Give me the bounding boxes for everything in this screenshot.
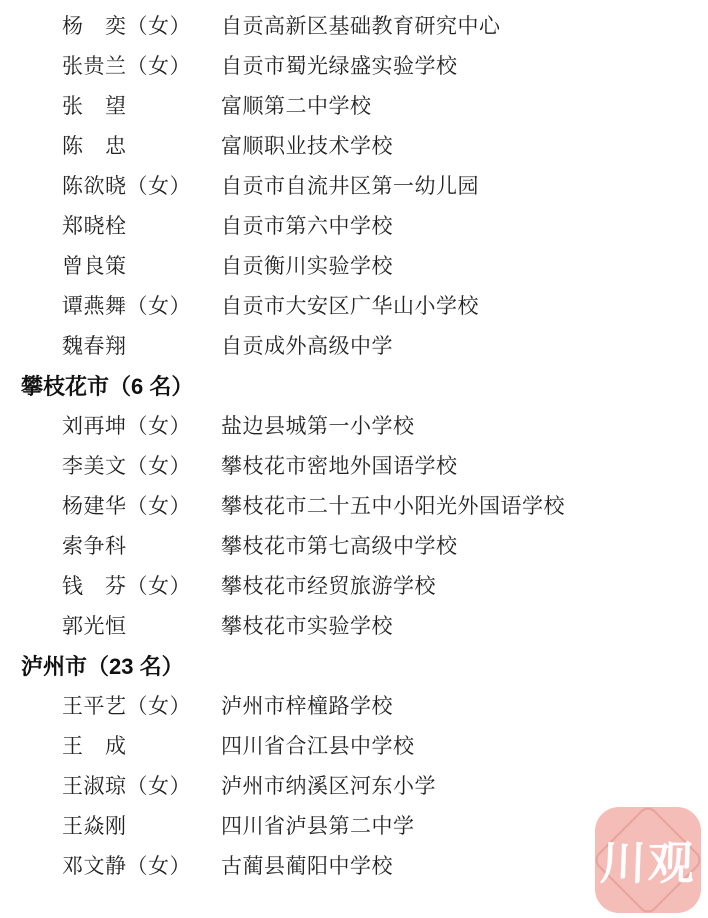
school-name: 自贡市蜀光绿盛实验学校: [221, 50, 708, 80]
person-name: 李美文（女）: [62, 450, 221, 480]
person-name: 邓文静（女）: [62, 850, 221, 880]
list-item: 张 望富顺第二中学校: [0, 85, 708, 125]
list-item: 李美文（女）攀枝花市密地外国语学校: [0, 445, 708, 485]
school-name: 攀枝花市二十五中小阳光外国语学校: [221, 490, 708, 520]
list-item: 魏春翔自贡成外高级中学: [0, 325, 708, 365]
school-name: 自贡高新区基础教育研究中心: [221, 10, 708, 40]
person-name: 魏春翔: [62, 330, 221, 360]
person-name: 郑晓栓: [62, 210, 221, 240]
school-name: 攀枝花市第七高级中学校: [221, 530, 708, 560]
document-page: 杨 奕（女）自贡高新区基础教育研究中心张贵兰（女）自贡市蜀光绿盛实验学校张 望富…: [0, 0, 708, 918]
school-name: 泸州市梓橦路学校: [221, 690, 708, 720]
list-item: 郑晓栓自贡市第六中学校: [0, 205, 708, 245]
list-item: 陈 忠富顺职业技术学校: [0, 125, 708, 165]
person-name: 刘再坤（女）: [62, 410, 221, 440]
school-name: 自贡成外高级中学: [221, 330, 708, 360]
school-name: 攀枝花市实验学校: [221, 610, 708, 640]
school-name: 富顺第二中学校: [221, 90, 708, 120]
school-name: 自贡市大安区广华山小学校: [221, 290, 708, 320]
person-name: 杨建华（女）: [62, 490, 221, 520]
list-item: 郭光恒攀枝花市实验学校: [0, 605, 708, 645]
person-name: 陈欲晓（女）: [62, 170, 221, 200]
person-name: 张 望: [62, 90, 221, 120]
person-name: 王 成: [62, 730, 221, 760]
list-item: 刘再坤（女）盐边县城第一小学校: [0, 405, 708, 445]
school-name: 攀枝花市经贸旅游学校: [221, 570, 708, 600]
person-name: 张贵兰（女）: [62, 50, 221, 80]
list-item: 杨 奕（女）自贡高新区基础教育研究中心: [0, 5, 708, 45]
person-name: 王淑琼（女）: [62, 770, 221, 800]
list-item: 谭燕舞（女）自贡市大安区广华山小学校: [0, 285, 708, 325]
list-item: 钱 芬（女）攀枝花市经贸旅游学校: [0, 565, 708, 605]
list-item: 曾良策自贡衡川实验学校: [0, 245, 708, 285]
school-name: 泸州市纳溪区河东小学: [221, 770, 708, 800]
school-name: 盐边县城第一小学校: [221, 410, 708, 440]
school-name: 四川省合江县中学校: [221, 730, 708, 760]
person-name: 杨 奕（女）: [62, 10, 221, 40]
list-item: 杨建华（女）攀枝花市二十五中小阳光外国语学校: [0, 485, 708, 525]
chuanguan-watermark-logo: 川观: [595, 807, 701, 913]
watermark-text: 川观: [599, 827, 697, 893]
name-school-list: 杨 奕（女）自贡高新区基础教育研究中心张贵兰（女）自贡市蜀光绿盛实验学校张 望富…: [0, 5, 708, 885]
list-item: 张贵兰（女）自贡市蜀光绿盛实验学校: [0, 45, 708, 85]
school-name: 自贡市第六中学校: [221, 210, 708, 240]
person-name: 曾良策: [62, 250, 221, 280]
school-name: 富顺职业技术学校: [221, 130, 708, 160]
city-section-header: 泸州市（23 名）: [0, 645, 708, 685]
school-name: 攀枝花市密地外国语学校: [221, 450, 708, 480]
person-name: 王焱刚: [62, 810, 221, 840]
person-name: 陈 忠: [62, 130, 221, 160]
person-name: 王平艺（女）: [62, 690, 221, 720]
list-item: 王 成四川省合江县中学校: [0, 725, 708, 765]
person-name: 钱 芬（女）: [62, 570, 221, 600]
person-name: 郭光恒: [62, 610, 221, 640]
school-name: 自贡市自流井区第一幼儿园: [221, 170, 708, 200]
list-item: 陈欲晓（女）自贡市自流井区第一幼儿园: [0, 165, 708, 205]
city-section-header: 攀枝花市（6 名）: [0, 365, 708, 405]
person-name: 索争科: [62, 530, 221, 560]
list-item: 索争科攀枝花市第七高级中学校: [0, 525, 708, 565]
person-name: 谭燕舞（女）: [62, 290, 221, 320]
list-item: 王平艺（女）泸州市梓橦路学校: [0, 685, 708, 725]
list-item: 王淑琼（女）泸州市纳溪区河东小学: [0, 765, 708, 805]
school-name: 自贡衡川实验学校: [221, 250, 708, 280]
